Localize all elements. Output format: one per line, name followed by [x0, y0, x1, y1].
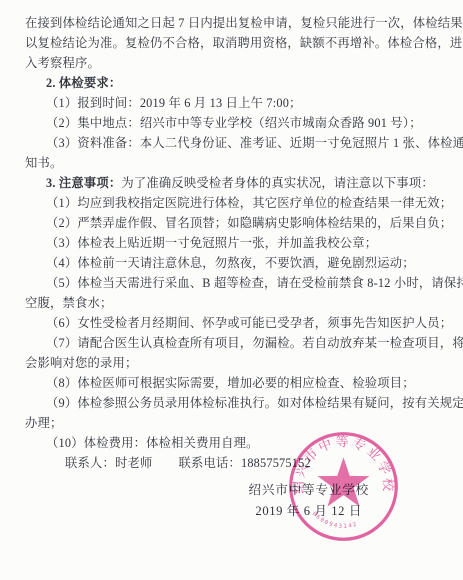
doc-line: （8）体检医师可根据实际需要，增加必要的相应检查、检验项目；: [25, 373, 439, 393]
section-heading-notes-label: 3. 注意事项：: [46, 176, 121, 190]
doc-line: （1）报到时间：2019 年 6 月 13 日上午 7:00；: [25, 93, 439, 113]
document-body: 在接到体检结论通知之日起 7 日内提出复检申请，复检只能进行一次，体检结果 以复…: [0, 0, 463, 522]
doc-line: （3）体检表上贴近期一寸免冠照片一张，并加盖我校公章；: [25, 233, 439, 253]
doc-line: （5）体检当天需进行采血、B 超等检查，请在受检前禁食 8-12 小时，请保持: [25, 273, 439, 293]
doc-line: 空腹，禁食水；: [25, 293, 439, 313]
doc-line: （2）集中地点：绍兴市中等专业学校（绍兴市城南众香路 901 号）；: [25, 113, 439, 133]
section-heading-notes: 3. 注意事项：为了准确反映受检者身体的真实状况，请注意以下事项：: [25, 173, 439, 193]
doc-line: （6）女性受检者月经期间、怀孕或可能已受孕者，须事先告知医护人员；: [25, 313, 439, 333]
section-heading-notes-text: 为了准确反映受检者身体的真实状况，请注意以下事项：: [121, 176, 433, 190]
signature-date: 2019 年 6 月 12 日: [248, 501, 369, 522]
contact-phone: 联系电话：18857575152: [178, 456, 310, 470]
signature-inner: 绍兴市中等专业学校 2019 年 6 月 12 日: [248, 479, 369, 522]
doc-line: （3）资料准备：本人二代身份证、准考证、近期一寸免冠照片 1 张、体检通: [25, 133, 439, 153]
doc-line: （2）严禁弄虚作假、冒名顶替；如隐瞒病史影响体检结果的，后果自负；: [25, 213, 439, 233]
signature-organization: 绍兴市中等专业学校: [248, 479, 369, 501]
section-heading-requirements: 2. 体检要求：: [25, 73, 439, 93]
contact-person: 联系人：时老师: [65, 456, 152, 470]
doc-line: （4）体检前一天请注意休息，勿熬夜，不要饮酒，避免剧烈运动；: [25, 253, 439, 273]
doc-line: 入考察程序。: [25, 53, 439, 73]
document-page: 在接到体检结论通知之日起 7 日内提出复检申请，复检只能进行一次，体检结果 以复…: [0, 0, 463, 580]
doc-line: （10）体检费用：体检相关费用自理。: [25, 433, 439, 453]
doc-line: 以复检结论为准。复检仍不合格，取消聘用资格，缺额不再增补。体检合格，进: [25, 33, 439, 53]
doc-line: 在接到体检结论通知之日起 7 日内提出复检申请，复检只能进行一次，体检结果: [25, 13, 439, 33]
doc-line: （9）体检参照公务员录用体检标准执行。如对体检结果有疑问，按有关规定: [25, 393, 439, 413]
doc-line: （7）请配合医生认真检查所有项目，勿漏检。若自动放弃某一检查项目，将: [25, 333, 439, 353]
signature-block: 绍兴市中等专业学校 2019 年 6 月 12 日: [25, 479, 439, 522]
doc-line: 知书。: [25, 153, 439, 173]
doc-line: 会影响对您的录用；: [25, 353, 439, 373]
contact-line: 联系人：时老师联系电话：18857575152: [25, 453, 439, 473]
doc-line: （1）均应到我校指定医院进行体检，其它医疗单位的检查结果一律无效；: [25, 193, 439, 213]
doc-line: 办理；: [25, 413, 439, 433]
